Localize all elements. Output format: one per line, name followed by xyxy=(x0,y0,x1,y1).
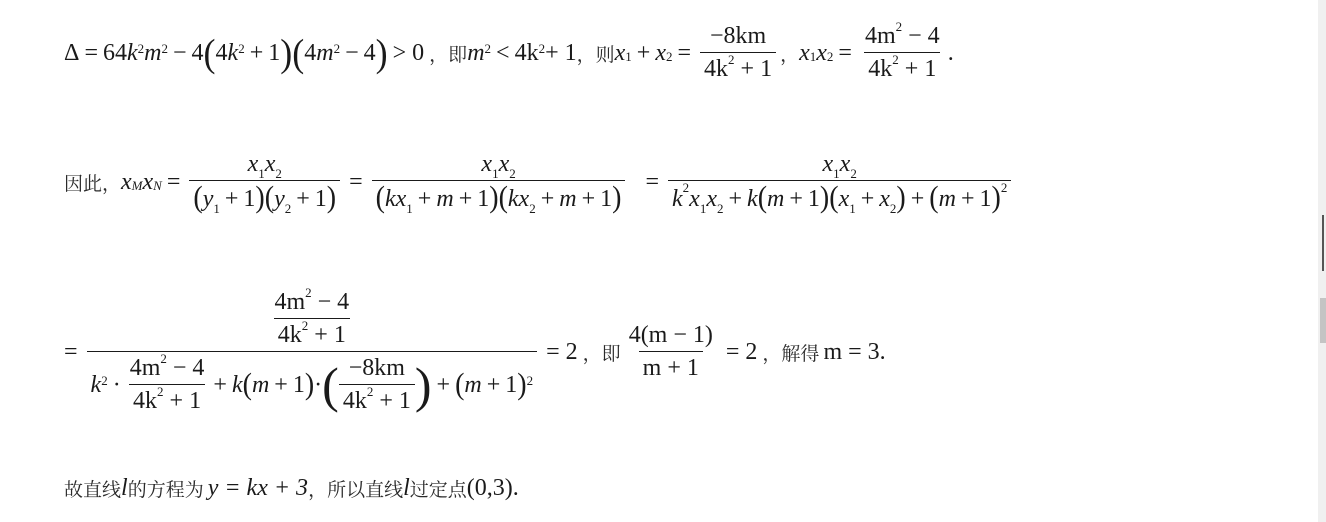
xm-xn-line: 因此， xMxN = x1x2 (y1+1)(y2+1) = x1x2 (kx1… xyxy=(64,142,1015,222)
fixed-point: (0,3) xyxy=(467,475,513,502)
compound-fraction: 4m2 − 4 4k2 + 1 k2· 4m2 − 4 4k2 + 1 +k(m… xyxy=(87,289,538,415)
scroll-marker xyxy=(1322,215,1324,271)
conclusion-line: 故直线 l 的方程为 y = kx + 3 ，所以直线 l 过定点 (0,3) … xyxy=(64,468,519,508)
vertical-scrollbar[interactable] xyxy=(1318,0,1326,522)
product-of-roots-fraction: 4m2 − 4 4k2 + 1 xyxy=(861,23,944,83)
substitution-line: = 4m2 − 4 4k2 + 1 k2· 4m2 − 4 4k2 + 1 +k… xyxy=(64,272,886,432)
fraction-expanded: x1x2 k2x1x2+k(m+1)(x1+x2)+(m+1)2 xyxy=(668,151,1011,213)
sum-of-roots-fraction: −8km 4k2 + 1 xyxy=(700,23,776,83)
discriminant-line: Δ = 64k2m2 −4(4k2+1)(4m2−4) > 0 ，即 m2< 4… xyxy=(64,18,954,88)
simplified-fraction: 4(m − 1) m + 1 xyxy=(625,322,717,382)
scrollbar-thumb[interactable] xyxy=(1320,298,1326,343)
line-equation: y = kx + 3 xyxy=(208,475,308,502)
fraction-y: x1x2 (y1+1)(y2+1) xyxy=(189,151,340,213)
fraction-kx: x1x2 (kx1+m+1)(kx2+m+1) xyxy=(372,151,626,213)
delta-symbol: Δ xyxy=(64,40,79,67)
result-m: m = 3 xyxy=(823,339,879,366)
